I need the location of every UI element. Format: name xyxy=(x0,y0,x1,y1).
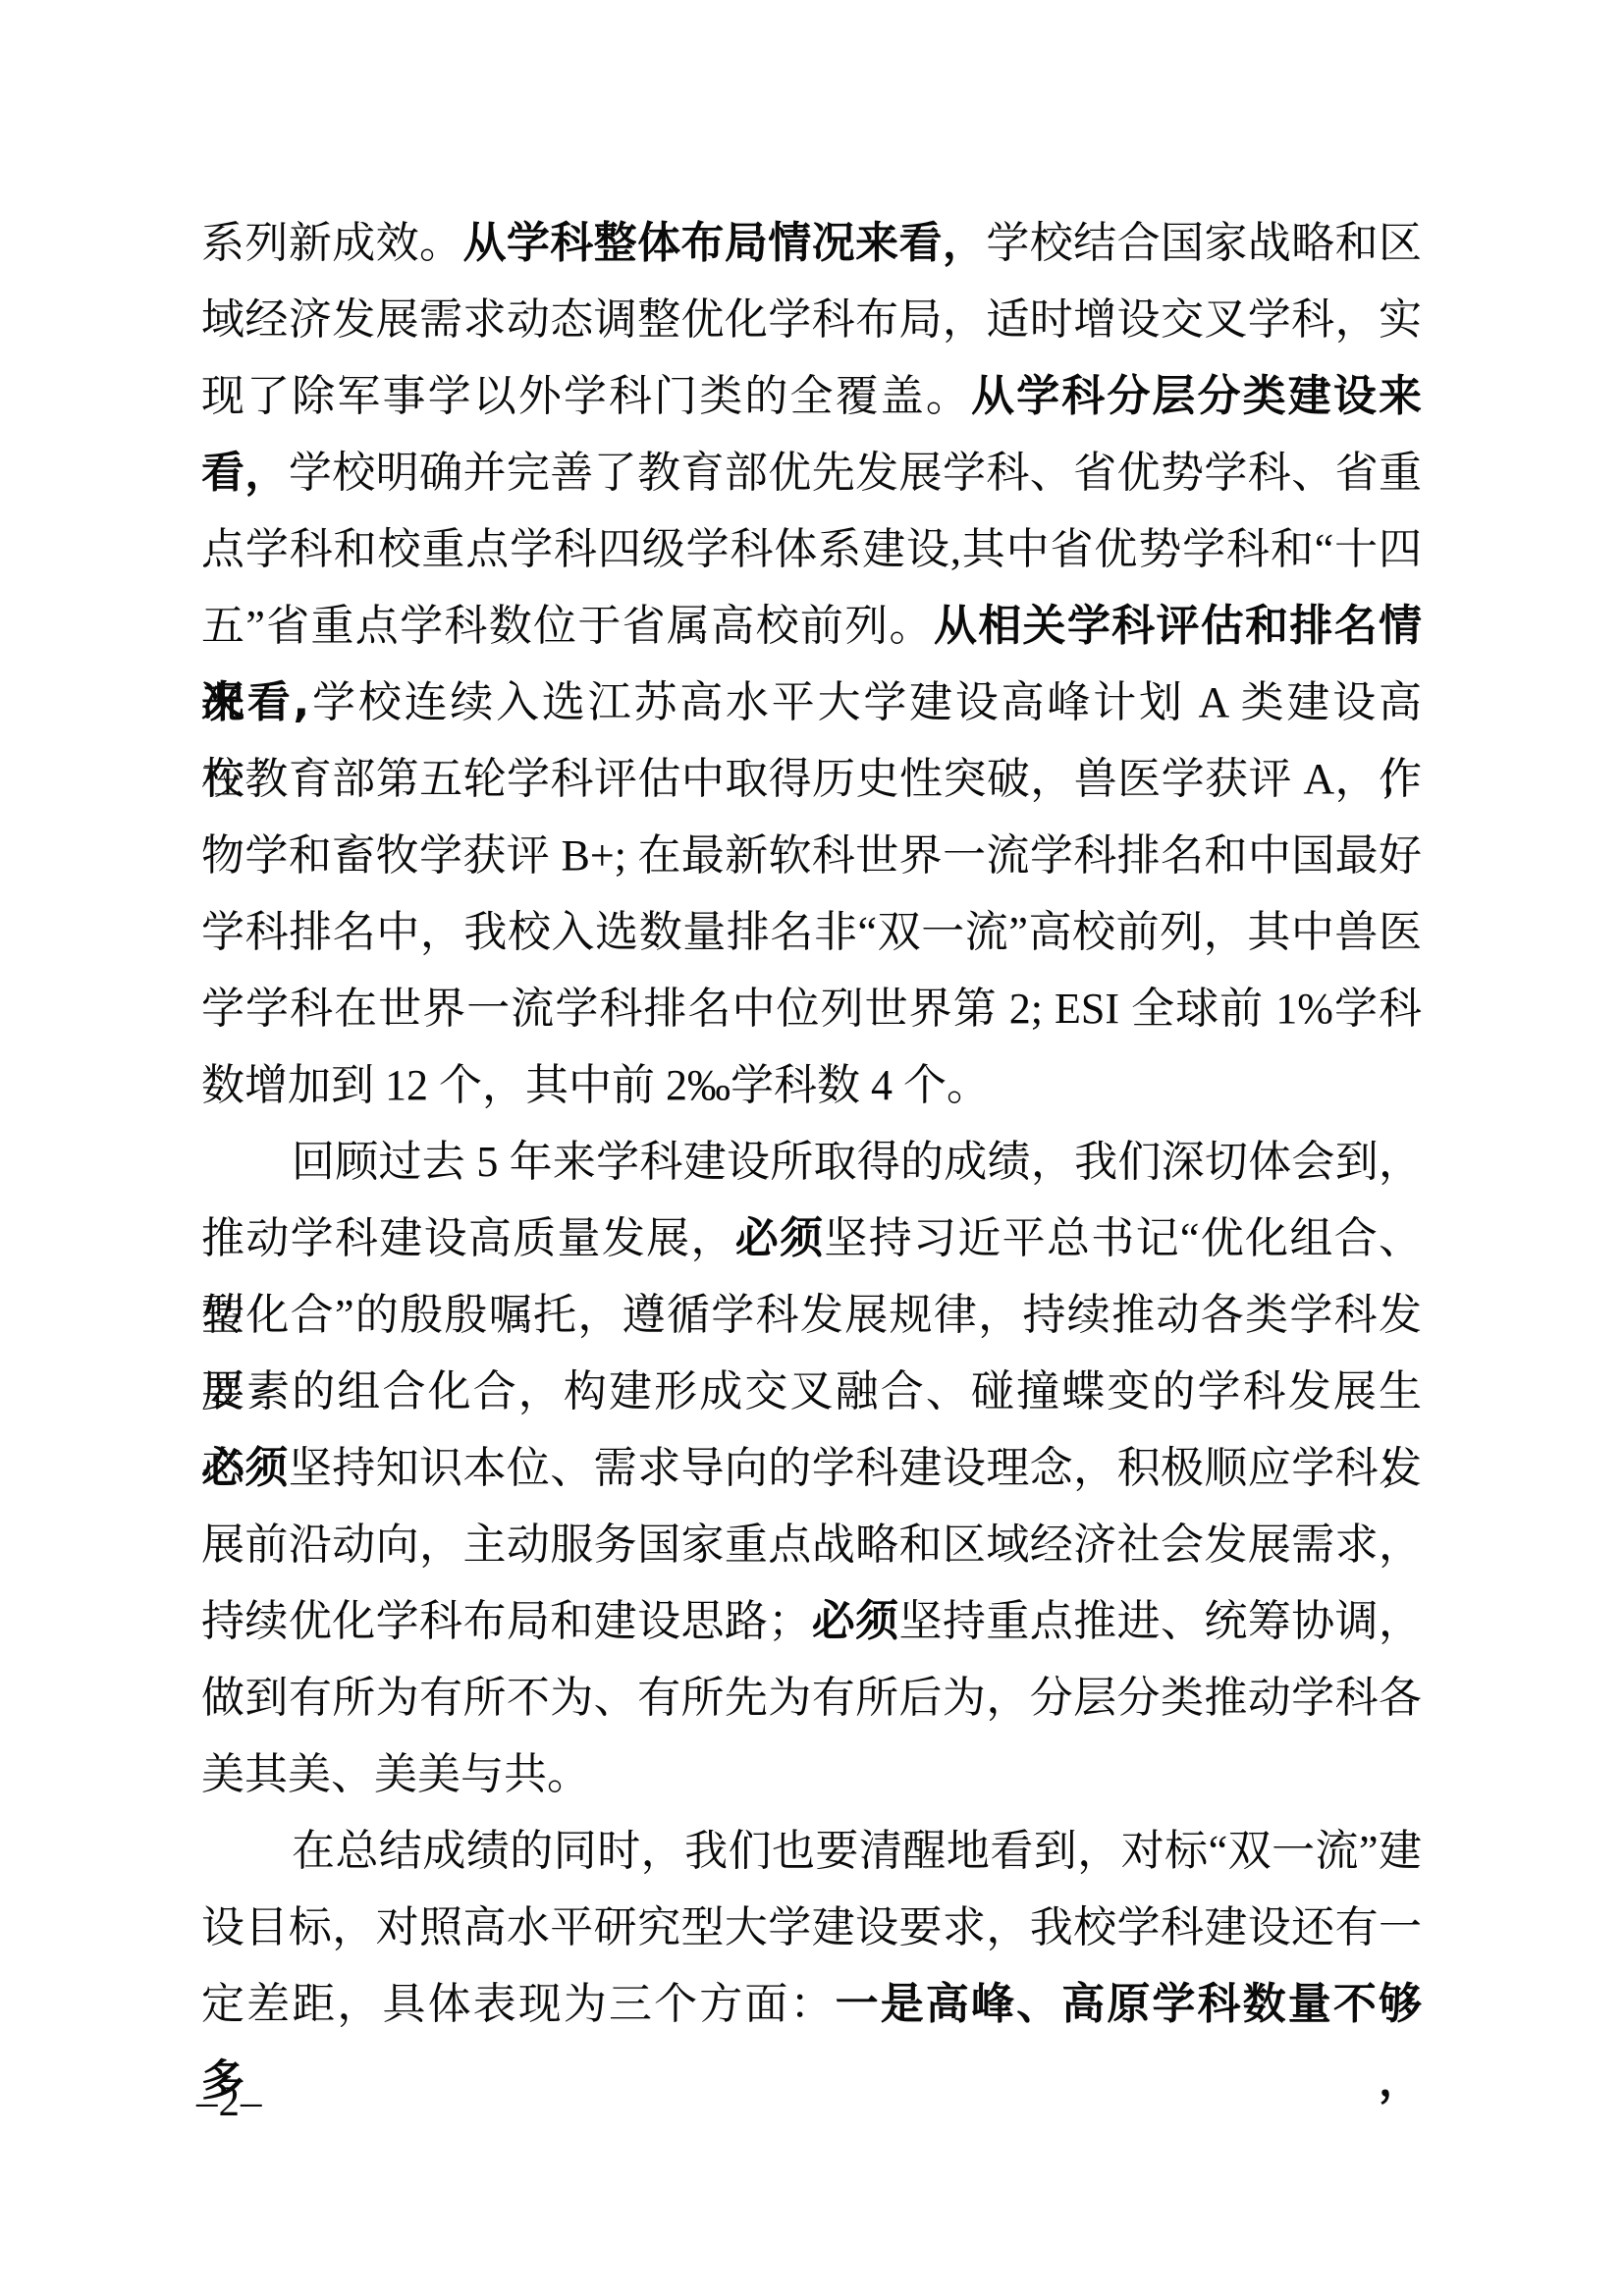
text-line: 系列新成效。从学科整体布局情况来看，学校结合国家战略和区 xyxy=(201,205,1422,282)
text-line: 在总结成绩的同时，我们也要清醒地看到，对标“双一流”建 xyxy=(201,1813,1422,1890)
body-text: 持续优化学科布局和建设思路； xyxy=(201,1597,811,1645)
body-text: 学校明确并完善了教育部优先发展学科、省优势学科、省重 xyxy=(289,449,1422,497)
emphasis-text: 从学科整体布局情况来看， xyxy=(462,218,986,268)
emphasis-text: 必须 xyxy=(811,1596,898,1646)
body-text: 五”省重点学科数位于省属高校前列。 xyxy=(201,602,934,650)
emphasis-text: 来看, xyxy=(201,677,309,727)
body-text: 回顾过去 5 年来学科建设所取得的成绩，我们深切体会到， xyxy=(292,1138,1422,1186)
text-line: 在教育部第五轮学科评估中取得历史性突破，兽医学获评 A，作 xyxy=(201,741,1422,818)
body-text: 现了除军事学以外学科门类的全覆盖。 xyxy=(201,372,971,420)
emphasis-text: 从学科分层分类建设来 xyxy=(971,371,1422,421)
page-number: –2– xyxy=(196,2073,263,2132)
body-text: 学科排名中，我校入选数量排名非“双一流”高校前列，其中兽医 xyxy=(201,908,1422,956)
text-line: 物学和畜牧学获评 B+; 在最新软科世界一流学科排名和中国最好 xyxy=(201,818,1422,894)
body-text: 系列新成效。 xyxy=(201,219,462,267)
body-text: 在总结成绩的同时，我们也要清醒地看到，对标“双一流”建 xyxy=(292,1827,1422,1875)
text-block: 系列新成效。从学科整体布局情况来看，学校结合国家战略和区域经济发展需求动态调整优… xyxy=(201,205,1422,2043)
text-line: 回顾过去 5 年来学科建设所取得的成绩，我们深切体会到， xyxy=(201,1124,1422,1201)
emphasis-text: 看， xyxy=(201,448,289,498)
body-text: 展前沿动向，主动服务国家重点战略和区域经济社会发展需求， xyxy=(201,1521,1422,1569)
text-line: 看，学校明确并完善了教育部优先发展学科、省优势学科、省重 xyxy=(201,435,1422,511)
body-text: 坚持知识本位、需求导向的学科建设理念，积极顺应学科发 xyxy=(289,1444,1422,1492)
body-text: 推动学科建设高质量发展， xyxy=(201,1214,735,1262)
body-text: 点学科和校重点学科四级学科体系建设,其中省优势学科和“十四 xyxy=(201,525,1422,573)
body-text: 设目标，对照高水平研究型大学建设要求，我校学科建设还有一 xyxy=(201,1903,1422,1951)
text-line: 来看,学校连续入选江苏高水平大学建设高峰计划 A 类建设高校； xyxy=(201,665,1422,741)
body-text: 数增加到 12 个，其中前 2‰学科数 4 个。 xyxy=(201,1061,990,1109)
body-text: 学校结合国家战略和区 xyxy=(986,219,1422,267)
text-line: 要素的组合化合，构建形成交叉融合、碰撞蝶变的学科发展生态； xyxy=(201,1354,1422,1430)
text-line: 持续优化学科布局和建设思路；必须坚持重点推进、统筹协调， xyxy=(201,1583,1422,1660)
text-line: 推动学科建设高质量发展，必须坚持习近平总书记“优化组合、转 xyxy=(201,1201,1422,1277)
body-text: 域经济发展需求动态调整优化学科布局，适时增设交叉学科，实 xyxy=(201,295,1422,344)
emphasis-text: 必须 xyxy=(201,1443,289,1493)
emphasis-text: 必须 xyxy=(735,1213,825,1263)
text-line: 点学科和校重点学科四级学科体系建设,其中省优势学科和“十四 xyxy=(201,511,1422,588)
text-line: 数增加到 12 个，其中前 2‰学科数 4 个。 xyxy=(201,1047,1422,1124)
text-line: 美其美、美美与共。 xyxy=(201,1736,1422,1813)
text-line: 学学科在世界一流学科排名中位列世界第 2; ESI 全球前 1%学科 xyxy=(201,971,1422,1047)
body-text: 定差距，具体表现为三个方面： xyxy=(201,1980,836,2028)
body-text: 学学科在世界一流学科排名中位列世界第 2; ESI 全球前 1%学科 xyxy=(201,985,1422,1033)
body-text: 美其美、美美与共。 xyxy=(201,1750,590,1798)
text-line: 域经济发展需求动态调整优化学科布局，适时增设交叉学科，实 xyxy=(201,282,1422,358)
document-page: 系列新成效。从学科整体布局情况来看，学校结合国家战略和区域经济发展需求动态调整优… xyxy=(0,0,1624,2296)
body-text: 做到有所为有所不为、有所先为有所后为，分层分类推动学科各 xyxy=(201,1674,1422,1722)
text-line: 学科排名中，我校入选数量排名非“双一流”高校前列，其中兽医 xyxy=(201,894,1422,971)
text-line: 展前沿动向，主动服务国家重点战略和区域经济社会发展需求， xyxy=(201,1507,1422,1583)
text-line: 现了除军事学以外学科门类的全覆盖。从学科分层分类建设来 xyxy=(201,358,1422,435)
text-line: 型化合”的殷殷嘱托，遵循学科发展规律，持续推动各类学科发展 xyxy=(201,1277,1422,1354)
text-line: 必须坚持知识本位、需求导向的学科建设理念，积极顺应学科发 xyxy=(201,1430,1422,1507)
text-line: 设目标，对照高水平研究型大学建设要求，我校学科建设还有一 xyxy=(201,1890,1422,1966)
text-line: 做到有所为有所不为、有所先为有所后为，分层分类推动学科各 xyxy=(201,1660,1422,1736)
body-text: 物学和畜牧学获评 B+; 在最新软科世界一流学科排名和中国最好 xyxy=(201,831,1422,880)
text-line: 五”省重点学科数位于省属高校前列。从相关学科评估和排名情况 xyxy=(201,588,1422,665)
text-line: 定差距，具体表现为三个方面：一是高峰、高原学科数量不够多， xyxy=(201,1966,1422,2043)
body-text: 在教育部第五轮学科评估中取得历史性突破，兽医学获评 A，作 xyxy=(201,755,1422,803)
body-text: 坚持重点推进、统筹协调， xyxy=(899,1597,1422,1645)
